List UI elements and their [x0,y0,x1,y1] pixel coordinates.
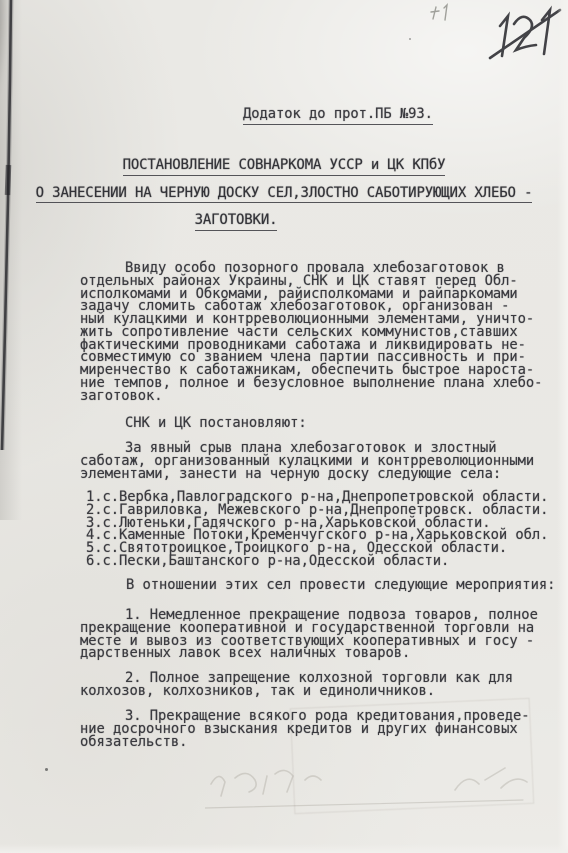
decree-lead: СНК и ЦК постановляют: [125,417,307,430]
document-title: ПОСТАНОВЛЕНИЕ СОВНАРКОМА УССР и ЦК КПбУ … [24,157,544,240]
title-line-3: ЗАГОТОВКИ. [24,212,544,240]
handwritten-page-number [486,4,564,62]
title-line-2: О ЗАНЕСЕНИИ НА ЧЕРНУЮ ДОСКУ СЕЛ,ЗЛОСТНО … [24,185,544,213]
ink-speck [45,768,48,771]
text-line: колхозов, колхозников, так и единоличник… [80,685,513,698]
text-line: 6.с.Пески,Баштанского р-на,Одесской обла… [86,555,548,568]
blacklist-villages: 1.с.Вербка,Павлоградского р-на,Днепропет… [86,491,548,568]
title-line-1: ПОСТАНОВЛЕНИЕ СОВНАРКОМА УССР и ЦК КПбУ [24,157,544,185]
ink-speck [223,162,225,164]
intro-paragraph: Ввиду особо позорного провала хлебозагот… [80,262,542,402]
text-line: элементами, занести на черную доску след… [80,468,534,481]
pencil-mark [428,2,454,26]
scanned-document-page: Додаток до прот.ПБ №93. ПОСТАНОВЛЕНИЕ СО… [0,0,568,853]
measure-paragraph-2: 2. Полное запрещение колхозной торговли … [80,672,513,698]
right-page-edge [556,0,568,853]
ink-speck [409,38,411,40]
measure-paragraph-1: 1. Немедленное прекращение подвоза товар… [80,609,538,660]
reference-line-text: Додаток до прот.ПБ №93. [243,106,433,125]
reference-line: Додаток до прот.ПБ №93. [243,106,433,125]
measures-intro: В отношении этих сел провести следующие … [126,579,555,592]
bottom-page-edge [0,843,568,853]
text-line: заготовок. [80,390,542,403]
bleed-through-script [205,762,535,814]
text-line: дарственных лавок всех наличных товаров. [80,647,538,660]
decree-paragraph: За явный срыв плана хлебозаготовок и зло… [80,442,534,480]
